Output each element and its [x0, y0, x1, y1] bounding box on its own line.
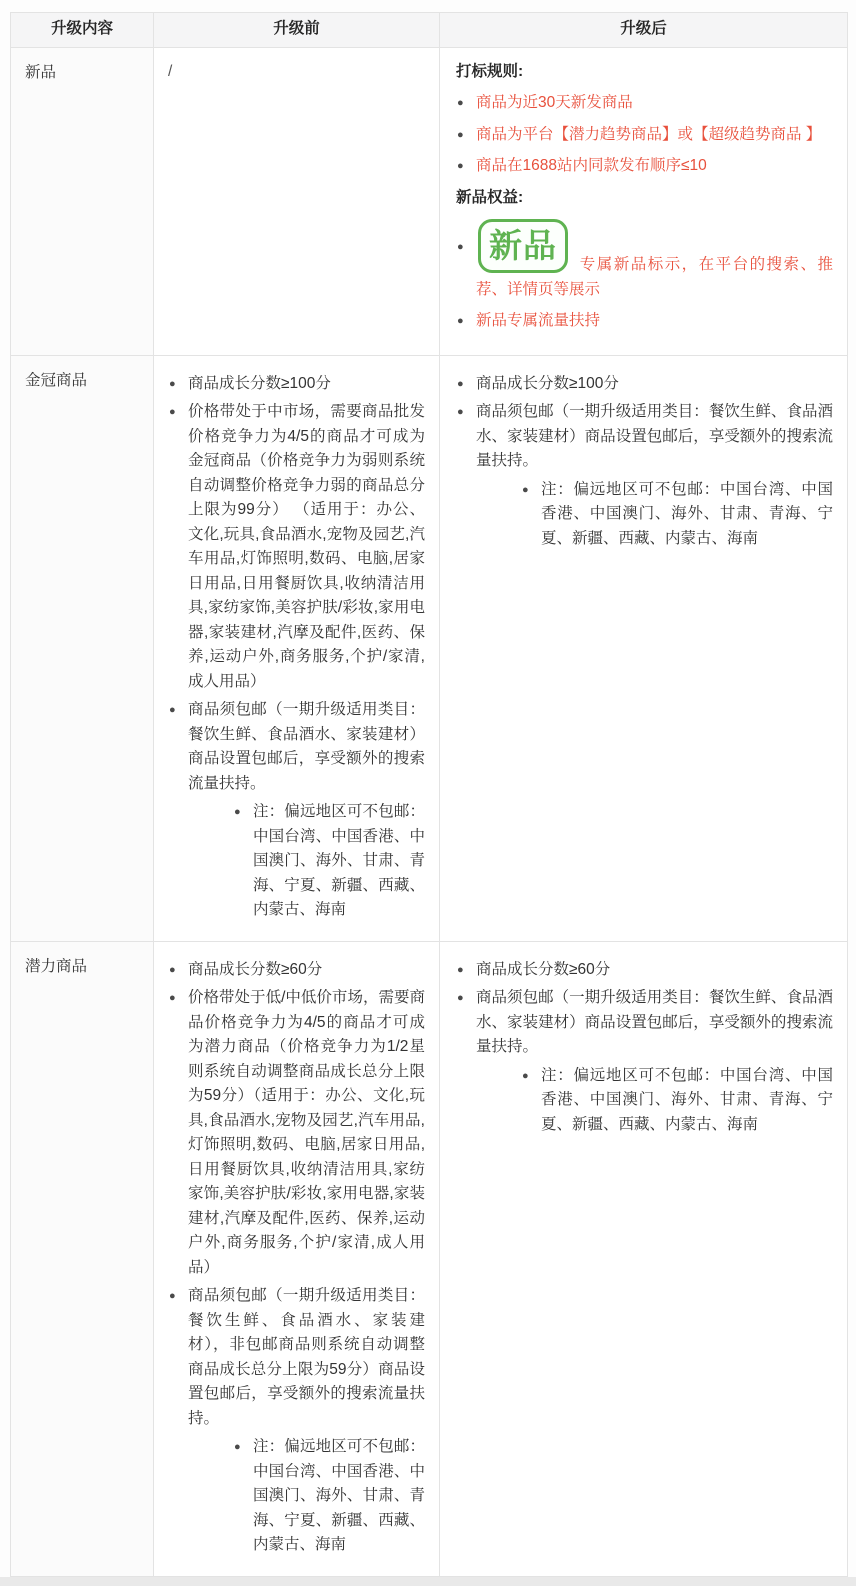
- bullet-icon: ●: [457, 91, 464, 116]
- list-item: ● 商品成长分数≥100分: [168, 372, 425, 397]
- price-band-requirement: 价格带处于中市场，需要商品批发价格竞争力为4/5的商品才可成为金冠商品（价格竞争…: [188, 403, 425, 690]
- table-row-new-product: 新品 / 打标规则: ● 商品为近30天新发商品 ● 商品为平台【潜力趋势商品】…: [11, 47, 847, 355]
- remote-area-note: ● 注：偏远地区可不包邮：中国台湾、中国香港、中国澳门、海外、甘肃、青海、宁夏、…: [233, 1435, 425, 1558]
- remote-area-note: ● 注：偏远地区可不包邮：中国台湾、中国香港、中国澳门、海外、甘肃、青海、宁夏、…: [233, 800, 425, 923]
- upgrade-comparison-table: 升级内容 升级前 升级后 新品 / 打标规则: ● 商品为近30天新发商品 ●: [10, 12, 848, 1577]
- bullet-icon: ●: [234, 800, 241, 825]
- tagging-rule-publish-order: 商品在1688站内同款发布顺序≤10: [476, 157, 707, 174]
- remote-area-note: ● 注：偏远地区可不包邮：中国台湾、中国香港、中国澳门、海外、甘肃、青海、宁夏、…: [521, 478, 833, 552]
- before-placeholder: /: [168, 60, 425, 85]
- list-item: ● 商品须包邮（一期升级适用类目：餐饮生鲜、食品酒水、家装建材）商品设置包邮后，…: [456, 986, 833, 1060]
- potential-before-cell: ● 商品成长分数≥60分 ● 价格带处于低/中低价市场，需要商品价格竞争力为4/…: [154, 942, 440, 1576]
- header-after-upgrade: 升级后: [440, 13, 847, 47]
- gold-after-list: ● 商品成长分数≥100分 ● 商品须包邮（一期升级适用类目：餐饮生鲜、食品酒水…: [456, 372, 833, 552]
- potential-after-cell: ● 商品成长分数≥60分 ● 商品须包邮（一期升级适用类目：餐饮生鲜、食品酒水、…: [440, 942, 847, 1576]
- new-product-after-cell: 打标规则: ● 商品为近30天新发商品 ● 商品为平台【潜力趋势商品】或【超级趋…: [440, 48, 847, 355]
- growth-score-requirement: 商品成长分数≥100分: [476, 375, 619, 392]
- free-shipping-requirement: 商品须包邮（一期升级适用类目：餐饮生鲜、食品酒水、家装建材）商品设置包邮后，享受…: [476, 403, 833, 469]
- table-row-potential: 潜力商品 ● 商品成长分数≥60分 ● 价格带处于低/中低价市场，需要商品价格竞…: [11, 941, 847, 1576]
- bullet-icon: ●: [169, 698, 176, 723]
- list-item: ● 商品在1688站内同款发布顺序≤10: [456, 154, 833, 179]
- gold-crown-before-cell: ● 商品成长分数≥100分 ● 价格带处于中市场，需要商品批发价格竞争力为4/5…: [154, 356, 440, 941]
- growth-score-requirement: 商品成长分数≥60分: [188, 961, 322, 978]
- bullet-icon: ●: [457, 154, 464, 179]
- bullet-icon: ●: [169, 986, 176, 1011]
- remote-area-note-text: 注：偏远地区可不包邮：中国台湾、中国香港、中国澳门、海外、甘肃、青海、宁夏、新疆…: [541, 481, 833, 547]
- bullet-icon: ●: [169, 1284, 176, 1309]
- list-item: ● 商品为平台【潜力趋势商品】或【超级趋势商品 】: [456, 123, 833, 148]
- gold-before-list: ● 商品成长分数≥100分 ● 价格带处于中市场，需要商品批发价格竞争力为4/5…: [168, 372, 425, 923]
- bullet-icon: ●: [169, 958, 176, 983]
- bullet-icon: ●: [457, 986, 464, 1011]
- bullet-icon: ●: [457, 123, 464, 148]
- gold-crown-after-cell: ● 商品成长分数≥100分 ● 商品须包邮（一期升级适用类目：餐饮生鲜、食品酒水…: [440, 356, 847, 941]
- page: 升级内容 升级前 升级后 新品 / 打标规则: ● 商品为近30天新发商品 ●: [0, 0, 856, 1586]
- bullet-icon: ●: [457, 400, 464, 425]
- tagging-rule-new-30days: 商品为近30天新发商品: [476, 94, 633, 111]
- list-item: ● 商品须包邮（一期升级适用类目：餐饮生鲜、食品酒水、家装建材），非包邮商品则系…: [168, 1284, 425, 1431]
- bullet-icon: ●: [169, 372, 176, 397]
- table-row-gold-crown: 金冠商品 ● 商品成长分数≥100分 ● 价格带处于中市场，需要商品批发价格竞争…: [11, 355, 847, 941]
- header-upgrade-content: 升级内容: [11, 13, 154, 47]
- new-product-before-cell: /: [154, 48, 440, 355]
- benefit-traffic-support: 新品专属流量扶持: [476, 312, 600, 329]
- price-band-requirement: 价格带处于低/中低价市场，需要商品价格竞争力为4/5的商品才可成为潜力商品（价格…: [188, 989, 425, 1276]
- list-item: ● 商品须包邮（一期升级适用类目：餐饮生鲜、食品酒水、家装建材）商品设置包邮后，…: [456, 400, 833, 474]
- row-label-new-product: 新品: [11, 48, 154, 355]
- bullet-icon: ●: [457, 309, 464, 334]
- row-label-potential: 潜力商品: [11, 942, 154, 1576]
- growth-score-requirement: 商品成长分数≥100分: [188, 375, 331, 392]
- remote-area-note-text: 注：偏远地区可不包邮：中国台湾、中国香港、中国澳门、海外、甘肃、青海、宁夏、新疆…: [541, 1067, 833, 1133]
- growth-score-requirement: 商品成长分数≥60分: [476, 961, 610, 978]
- list-item: ● 新品专属流量扶持: [456, 309, 833, 334]
- list-item: ● 商品成长分数≥60分: [456, 958, 833, 983]
- tagging-rule-trend-product: 商品为平台【潜力趋势商品】或【超级趋势商品 】: [476, 126, 821, 143]
- potential-before-list: ● 商品成长分数≥60分 ● 价格带处于低/中低价市场，需要商品价格竞争力为4/…: [168, 958, 425, 1558]
- bullet-icon: ●: [457, 235, 464, 260]
- bullet-icon: ●: [522, 1064, 529, 1089]
- bullet-icon: ●: [522, 478, 529, 503]
- remote-area-note-text: 注：偏远地区可不包邮：中国台湾、中国香港、中国澳门、海外、甘肃、青海、宁夏、新疆…: [253, 803, 425, 918]
- new-product-benefits-list: ● 新品 专属新品标示，在平台的搜索、推荐、详情页等展示 ● 新品专属流量扶持: [456, 217, 833, 334]
- new-product-badge: 新品: [478, 219, 568, 273]
- new-product-benefits-heading: 新品权益:: [456, 186, 833, 211]
- list-item: ● 商品为近30天新发商品: [456, 91, 833, 116]
- tagging-rules-heading: 打标规则:: [456, 60, 833, 85]
- remote-area-note-text: 注：偏远地区可不包邮：中国台湾、中国香港、中国澳门、海外、甘肃、青海、宁夏、新疆…: [253, 1438, 425, 1553]
- list-item: ● 价格带处于中市场，需要商品批发价格竞争力为4/5的商品才可成为金冠商品（价格…: [168, 400, 425, 694]
- bottom-strip: [0, 1577, 856, 1586]
- potential-after-list: ● 商品成长分数≥60分 ● 商品须包邮（一期升级适用类目：餐饮生鲜、食品酒水、…: [456, 958, 833, 1138]
- list-item: ● 价格带处于低/中低价市场，需要商品价格竞争力为4/5的商品才可成为潜力商品（…: [168, 986, 425, 1280]
- list-item: ● 商品须包邮（一期升级适用类目：餐饮生鲜、食品酒水、家装建材）商品设置包邮后，…: [168, 698, 425, 796]
- row-label-gold-crown: 金冠商品: [11, 356, 154, 941]
- bullet-icon: ●: [457, 372, 464, 397]
- remote-area-note: ● 注：偏远地区可不包邮：中国台湾、中国香港、中国澳门、海外、甘肃、青海、宁夏、…: [521, 1064, 833, 1138]
- list-item: ● 商品成长分数≥100分: [456, 372, 833, 397]
- bullet-icon: ●: [169, 400, 176, 425]
- free-shipping-requirement: 商品须包邮（一期升级适用类目：餐饮生鲜、食品酒水、家装建材），非包邮商品则系统自…: [188, 1287, 425, 1427]
- bullet-icon: ●: [457, 958, 464, 983]
- header-before-upgrade: 升级前: [154, 13, 440, 47]
- free-shipping-requirement: 商品须包邮（一期升级适用类目：餐饮生鲜、食品酒水、家装建材）商品设置包邮后，享受…: [476, 989, 833, 1055]
- bullet-icon: ●: [234, 1435, 241, 1460]
- list-item: ● 新品 专属新品标示，在平台的搜索、推荐、详情页等展示: [456, 217, 833, 302]
- table-header-row: 升级内容 升级前 升级后: [11, 13, 847, 47]
- list-item: ● 商品成长分数≥60分: [168, 958, 425, 983]
- free-shipping-requirement: 商品须包邮（一期升级适用类目：餐饮生鲜、食品酒水、家装建材）商品设置包邮后，享受…: [188, 701, 425, 792]
- tagging-rules-list: ● 商品为近30天新发商品 ● 商品为平台【潜力趋势商品】或【超级趋势商品 】 …: [456, 91, 833, 179]
